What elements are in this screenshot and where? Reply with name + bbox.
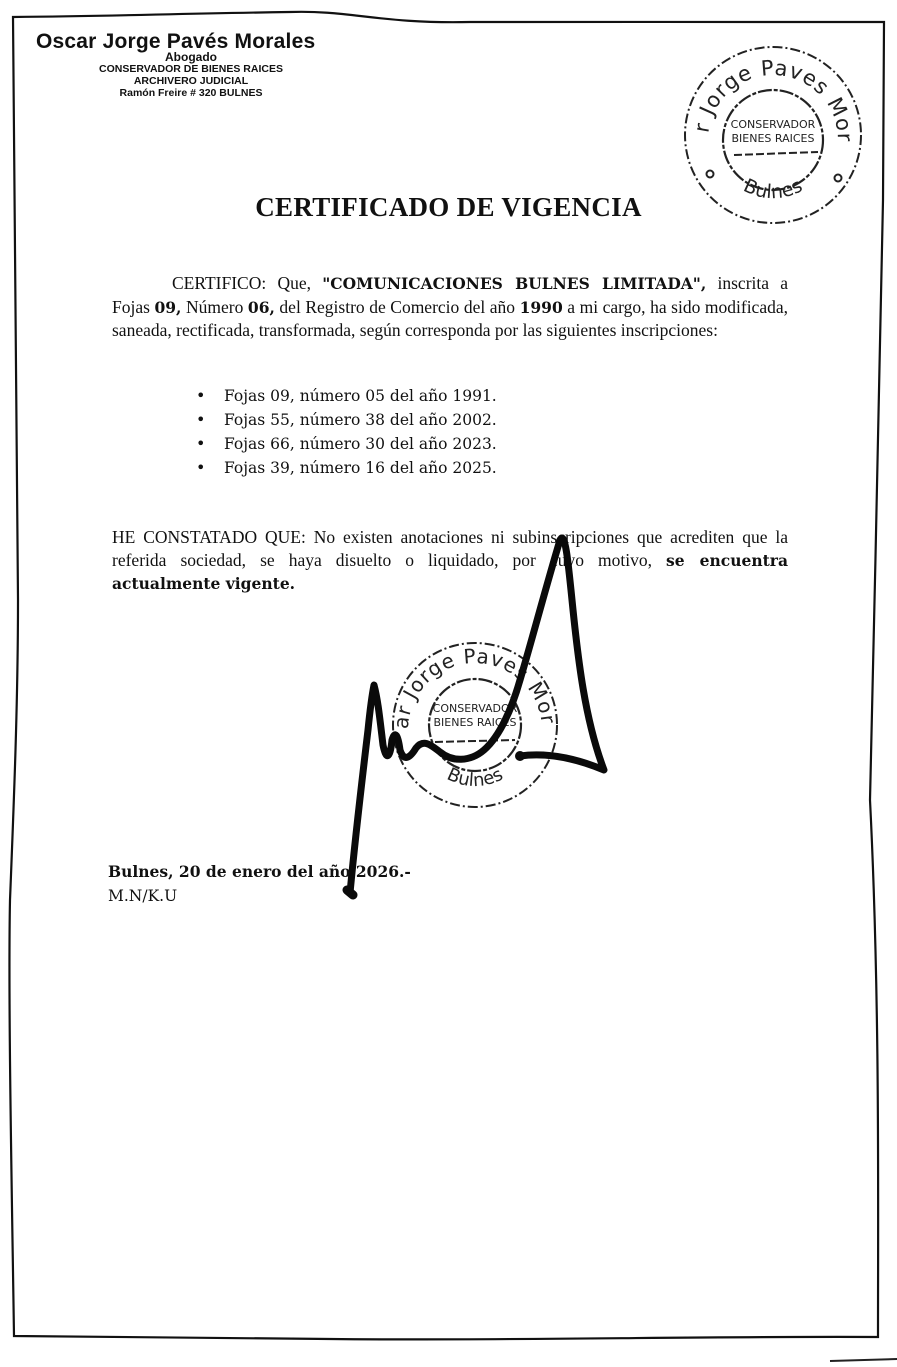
list-item: Fojas 09, número 05 del año 1991. bbox=[196, 384, 497, 408]
company-name: "COMUNICACIONES BULNES LIMITADA", bbox=[322, 274, 706, 293]
official-stamp-signature: Oscar Jorge Paves Morales Bulnes CONSERV… bbox=[380, 630, 570, 820]
inscriptions-list: Fojas 09, número 05 del año 1991. Fojas … bbox=[196, 384, 497, 480]
registro-year: 1990 bbox=[520, 298, 563, 317]
stamp-center-text: CONSERVADOR BIENES RAICES bbox=[678, 118, 868, 146]
svg-text:Bulnes: Bulnes bbox=[444, 764, 506, 791]
fojas-number: 09, bbox=[154, 298, 181, 317]
list-item: Fojas 39, número 16 del año 2025. bbox=[196, 456, 497, 480]
letterhead-address: Ramón Freire # 320 BULNES bbox=[36, 87, 346, 99]
registro-numero: 06, bbox=[248, 298, 275, 317]
document-title: CERTIFICADO DE VIGENCIA bbox=[0, 192, 897, 223]
letterhead: Oscar Jorge Pavés Morales Abogado CONSER… bbox=[36, 30, 346, 99]
list-item: Fojas 55, número 38 del año 2002. bbox=[196, 408, 497, 432]
letterhead-office: CONSERVADOR DE BIENES RAICES bbox=[36, 63, 346, 75]
closing-block: Bulnes, 20 de enero del año 2026.- M.N/K… bbox=[108, 860, 411, 908]
stamp-center-text: CONSERVADOR BIENES RAICES bbox=[380, 702, 570, 730]
letterhead-role: ARCHIVERO JUDICIAL bbox=[36, 75, 346, 87]
list-item: Fojas 66, número 30 del año 2023. bbox=[196, 432, 497, 456]
certifico-paragraph: CERTIFICO: Que, "COMUNICACIONES BULNES L… bbox=[112, 272, 788, 342]
constatado-paragraph: HE CONSTATADO QUE: No existen anotacione… bbox=[112, 526, 788, 596]
issue-date: Bulnes, 20 de enero del año 2026.- bbox=[108, 860, 411, 884]
initials: M.N/K.U bbox=[108, 884, 411, 908]
